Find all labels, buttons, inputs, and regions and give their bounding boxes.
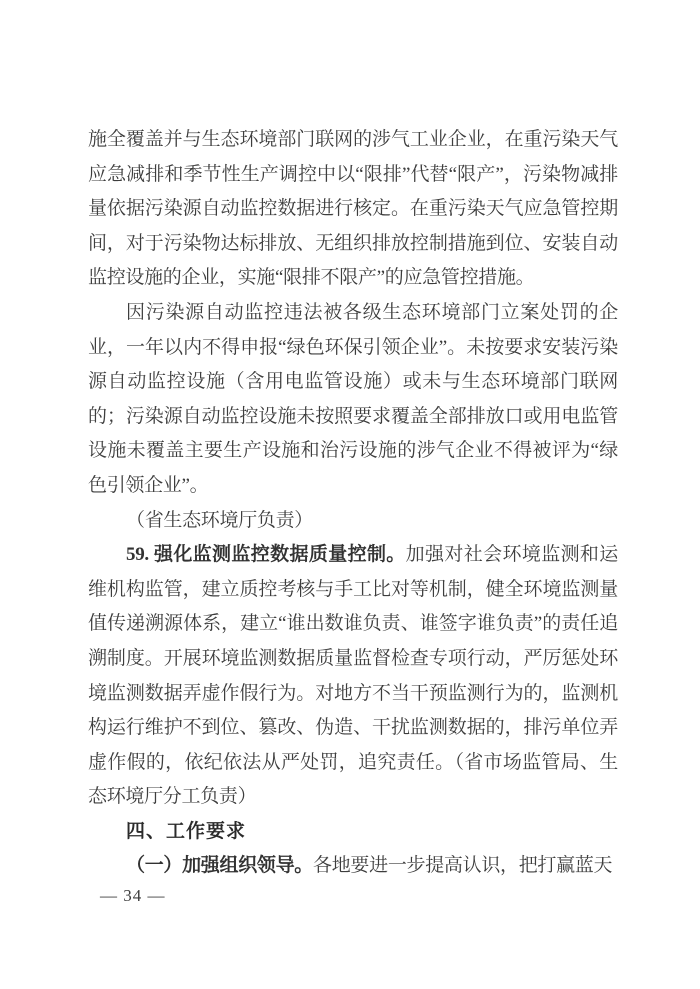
paragraph: 四、工作要求 (88, 815, 618, 850)
page-footer: — 34 — (100, 886, 166, 906)
text-run: 59. 强化监测监控数据质量控制。 (126, 544, 406, 565)
text-run: 加强对社会环境监测和运维机构监管，建立质控考核与手工比对等机制，健全环境监测量值… (88, 544, 618, 773)
document-page: 施全覆盖并与生态环境部门联网的涉气工业企业，在重污染天气应急减排和季节性生产调控… (0, 0, 700, 989)
document-body: 施全覆盖并与生态环境部门联网的涉气工业企业，在重污染天气应急减排和季节性生产调控… (88, 123, 618, 884)
text-run: 四、工作要求 (126, 821, 246, 842)
text-run: 施全覆盖并与生态环境部门联网的涉气工业企业，在重污染天气应急减排和季节性生产调控… (88, 129, 618, 288)
paragraph: （省生态环境厅负责） (88, 504, 618, 539)
text-run: （一）加强组织领导。 (126, 855, 313, 876)
text-run: 各地要进一步提高认识，把打赢蓝天 (313, 855, 612, 876)
paragraph: 因污染源自动监控违法被各级生态环境部门立案处罚的企业，一年以内不得申报“绿色环保… (88, 296, 618, 504)
text-run: 因污染源自动监控违法被各级生态环境部门立案处罚的企业，一年以内不得申报“绿色环保… (88, 302, 618, 496)
page-number: — 34 — (100, 886, 166, 905)
paragraph: 施全覆盖并与生态环境部门联网的涉气工业企业，在重污染天气应急减排和季节性生产调控… (88, 123, 618, 296)
paragraph: 59. 强化监测监控数据质量控制。加强对社会环境监测和运维机构监管，建立质控考核… (88, 538, 618, 815)
text-run: （省生态环境厅负责） (126, 510, 313, 531)
paragraph: （一）加强组织领导。各地要进一步提高认识，把打赢蓝天 (88, 849, 618, 884)
